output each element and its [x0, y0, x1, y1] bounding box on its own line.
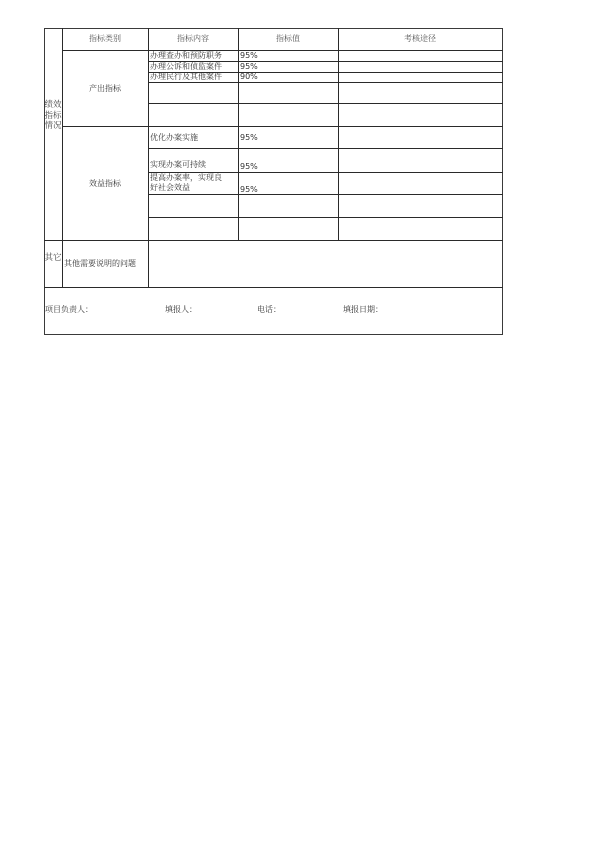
row-line-other: [44, 287, 503, 288]
footer-project-lead: 项目负责人：: [45, 305, 93, 315]
divider-col4: [338, 28, 339, 240]
row-line: [148, 148, 503, 149]
cell-content-line2: 好社会效益: [150, 183, 190, 193]
header-content: 指标内容: [148, 34, 238, 44]
row-line: [148, 194, 503, 195]
header-category: 指标类别: [62, 34, 148, 44]
footer-date: 填报日期：: [343, 305, 383, 315]
row-line: [148, 217, 503, 218]
section-label-performance: 绩效指标情况: [44, 100, 62, 132]
row-line-group: [62, 126, 503, 127]
divider-col2: [148, 28, 149, 287]
footer-phone: 电话：: [257, 305, 281, 315]
table-border-right: [502, 28, 503, 335]
cell-content: 优化办案实施: [150, 133, 198, 143]
cell-content: 办理民行及其他案件: [150, 72, 222, 82]
cell-value: 95%: [240, 51, 258, 61]
cell-value: 95%: [240, 162, 258, 172]
other-description: 其他需要说明的问题: [64, 259, 136, 269]
cell-content: 办理公诉和侦监案件: [150, 62, 222, 72]
table-border-left: [44, 28, 45, 335]
row-line: [148, 103, 503, 104]
footer-filler: 填报人：: [165, 305, 197, 315]
row-line-section: [44, 240, 503, 241]
other-label: 其它: [44, 253, 62, 264]
row-line-header: [62, 50, 503, 51]
table-border-bottom: [44, 334, 503, 335]
category-output: 产出指标: [62, 84, 148, 94]
header-value: 指标值: [238, 34, 338, 44]
cell-content: 实现办案可持续: [150, 160, 206, 170]
table-border-top: [44, 28, 503, 29]
row-line: [148, 82, 503, 83]
cell-content-line1: 提高办案率，实现良: [150, 173, 222, 183]
cell-value: 95%: [240, 133, 258, 143]
category-benefit: 效益指标: [62, 179, 148, 189]
cell-content: 办理查办和预防职务: [150, 51, 222, 61]
cell-value: 90%: [240, 72, 258, 82]
divider-col3: [238, 28, 239, 240]
cell-value: 95%: [240, 62, 258, 72]
cell-value: 95%: [240, 185, 258, 195]
header-method: 考核途径: [338, 34, 502, 44]
divider-col1: [62, 28, 63, 287]
